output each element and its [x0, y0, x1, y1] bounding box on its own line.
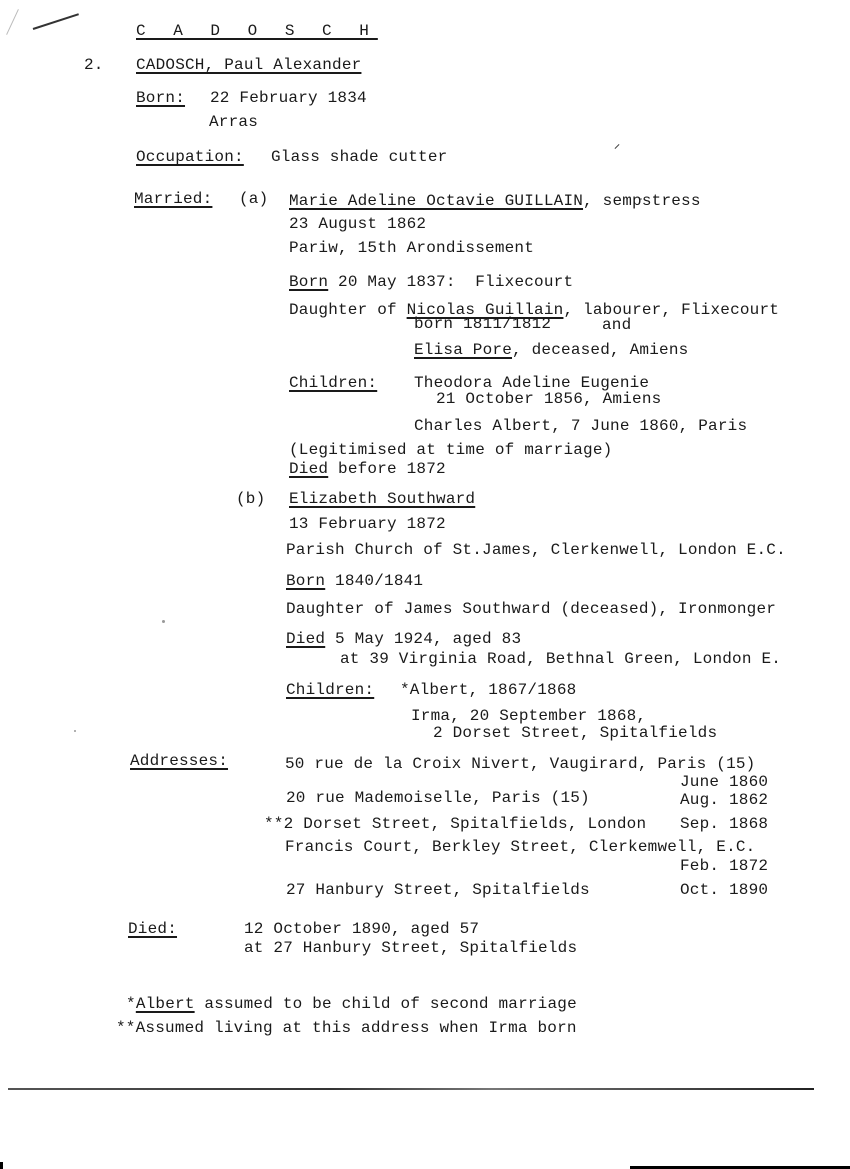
married-label: Married: — [134, 190, 212, 208]
speck — [74, 730, 76, 732]
marriage-b-daughter-of: Daughter of James Southward (deceased), … — [286, 600, 776, 618]
daughter-of-label: Daughter of — [289, 301, 407, 319]
address-row: **2 Dorset Street, Spitalfields, London — [264, 815, 646, 833]
marriage-b-children-label: Children: — [286, 681, 374, 699]
footnote-text: Assumed living at this address when Irma… — [136, 1019, 577, 1037]
footnote-underlined: Albert — [136, 995, 195, 1013]
scan-edge-mark — [0, 1162, 3, 1169]
full-name: CADOSCH, Paul Alexander — [136, 56, 361, 74]
address-row: 50 rue de la Croix Nivert, Vaugirard, Pa… — [285, 755, 755, 773]
legitimised-note: (Legitimised at time of marriage) — [289, 441, 612, 459]
spouse-note: , sempstress — [583, 192, 701, 210]
born-label: Born: — [136, 89, 185, 107]
mother-name: Elisa Pore — [414, 341, 512, 359]
speck — [162, 620, 165, 623]
born-value: 20 May 1837: Flixecourt — [328, 273, 573, 291]
marriage-a-died: Died before 1872 — [289, 460, 446, 478]
born-place: Arras — [209, 113, 258, 131]
died-place: at 27 Hanbury Street, Spitalfields — [244, 939, 577, 957]
marriage-a-marker: (a) — [239, 190, 268, 208]
child-name: *Albert, 1867/1868 — [400, 681, 576, 699]
footnote-text: assumed to be child of second marriage — [195, 995, 577, 1013]
marriage-b-spouse: Elizabeth Southward — [289, 490, 475, 508]
born-label: Born — [289, 273, 328, 291]
footnote: *Albert assumed to be child of second ma… — [126, 995, 577, 1013]
marriage-a-children-label: Children: — [289, 374, 377, 392]
child-name: Irma, 20 September 1868, — [411, 707, 646, 725]
occupation-label: Occupation: — [136, 148, 244, 166]
marriage-a-mother: Elisa Pore, deceased, Amiens — [414, 341, 688, 359]
marriage-b-date: 13 February 1872 — [289, 515, 446, 533]
occupation-value: Glass shade cutter — [271, 148, 447, 166]
addresses-label: Addresses: — [130, 752, 228, 770]
address-date: Oct. 1890 — [680, 881, 768, 899]
address-row: 20 rue Mademoiselle, Paris (15) — [286, 789, 590, 807]
born-date: 22 February 1834 — [210, 89, 367, 107]
marriage-a-born: Born 20 May 1837: Flixecourt — [289, 273, 573, 291]
father-note: , labourer, Flixecourt — [563, 301, 779, 319]
died-label: Died — [289, 460, 328, 478]
child-name: Charles Albert, 7 June 1860, Paris — [414, 417, 747, 435]
marriage-b-born: Born 1840/1841 — [286, 572, 423, 590]
address-prefix: ** — [264, 815, 284, 833]
born-value: 1840/1841 — [325, 572, 423, 590]
marriage-b-died: Died 5 May 1924, aged 83 — [286, 630, 521, 648]
spouse-name: Marie Adeline Octavie GUILLAIN — [289, 192, 583, 210]
marriage-b-marker: (b) — [236, 490, 265, 508]
address-row: Francis Court, Berkley Street, Clerkemwe… — [285, 838, 755, 856]
footnote-marker: ** — [116, 1019, 136, 1037]
address-date: Sep. 1868 — [680, 815, 768, 833]
address-date: Aug. 1862 — [680, 791, 768, 809]
child-detail: 21 October 1856, Amiens — [436, 390, 661, 408]
surname-heading: C A D O S C H — [136, 22, 378, 40]
marriage-a-place: Pariw, 15th Arondissement — [289, 239, 534, 257]
address-date: June 1860 — [680, 773, 768, 791]
marriage-b-died-place: at 39 Virginia Road, Bethnal Green, Lond… — [340, 650, 781, 668]
address-row: 27 Hanbury Street, Spitalfields — [286, 881, 590, 899]
died-value: 5 May 1924, aged 83 — [325, 630, 521, 648]
died-value: before 1872 — [328, 460, 446, 478]
marriage-a-date: 23 August 1862 — [289, 215, 426, 233]
died-date: 12 October 1890, aged 57 — [244, 920, 479, 938]
address-date: Feb. 1872 — [680, 857, 768, 875]
footnote: **Assumed living at this address when Ir… — [116, 1019, 577, 1037]
born-label: Born — [286, 572, 325, 590]
pen-stroke-mark — [33, 13, 79, 30]
address-text: 2 Dorset Street, Spitalfields, London — [284, 815, 647, 833]
entry-number: 2. — [84, 56, 104, 74]
father-born: born 1811/1812 — [414, 315, 551, 333]
died-label: Died — [286, 630, 325, 648]
mother-note: , deceased, Amiens — [512, 341, 688, 359]
died-label: Died: — [128, 920, 177, 938]
child-detail: 2 Dorset Street, Spitalfields — [433, 724, 717, 742]
marriage-b-place: Parish Church of St.James, Clerkenwell, … — [286, 541, 786, 559]
footnote-marker: * — [126, 995, 136, 1013]
page-rule — [8, 1088, 814, 1090]
stray-mark — [615, 144, 620, 149]
and-text: and — [602, 316, 631, 334]
pencil-mark — [6, 9, 19, 35]
marriage-a-spouse: Marie Adeline Octavie GUILLAIN, sempstre… — [289, 192, 701, 210]
